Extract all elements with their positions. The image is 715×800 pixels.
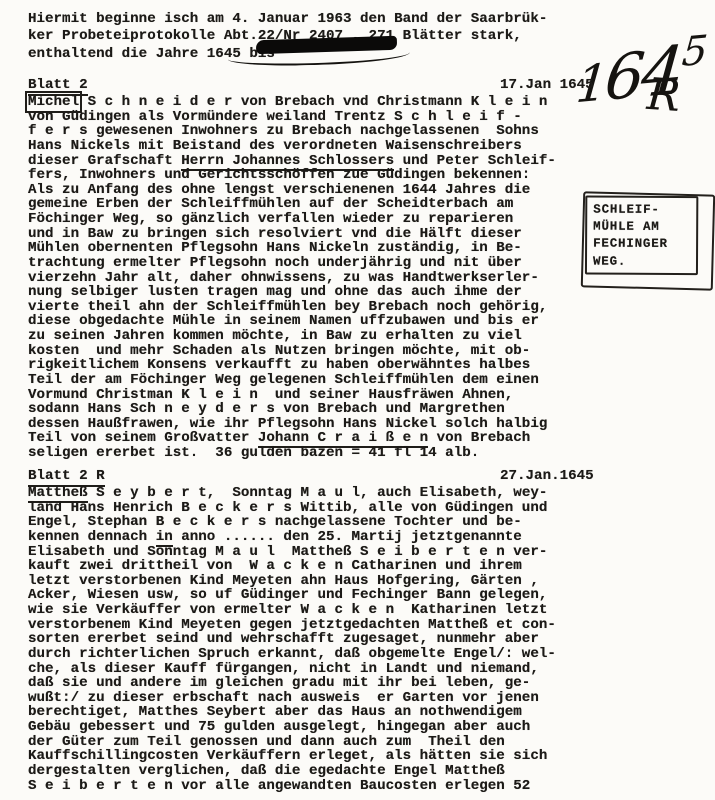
entry2-body: Mattheß S e y b e r t, Sonntag M a u l, … (28, 486, 556, 793)
entry1-date: 17.Jan 1645 (500, 77, 594, 93)
text-line: durch richterlichen Spruch erkannt, daß … (28, 647, 556, 662)
stamp-text: SCHLEIF-MÜHLE AMFECHINGERWEG. (585, 196, 698, 276)
text-line: Hiermit beginne isch am 4. Januar 1963 d… (28, 11, 547, 28)
text-segment: ker Probeteiprotokolle Abt. (28, 28, 258, 44)
entry2-heading-row: Blatt 2 R 27.Jan.1645 (28, 468, 678, 484)
entry2-date: 27.Jan.1645 (500, 468, 594, 484)
text-line: S e i b e r t e n vor alle angewandten B… (28, 779, 556, 794)
text-line: wie sie Verkäuffer von ermelter W a c k … (28, 603, 556, 618)
text-line: seligen ererbet ist. 36 gulden bazen = 4… (28, 446, 556, 461)
text-line: che, als dieser Kauff fürgangen, nicht i… (28, 662, 556, 677)
text-line: dergestalten verglichen, daß die egedach… (28, 764, 556, 779)
entry1-heading-row: Blatt 2 17.Jan 1645 (28, 77, 678, 93)
text-line: vierzehn Jahr alt, daher ohnwissens, zu … (28, 271, 556, 286)
text-line: gemeine Erben der Schleiffmühlen auf der… (28, 197, 556, 212)
text-segment: S e y b e r t, Sonntag M a u l, auch Eli… (88, 485, 548, 501)
text-segment: von Brebach (428, 430, 530, 446)
text-line: daß sie und andere im gleichen gradu mit… (28, 676, 556, 691)
boxed-word: Michel (28, 94, 79, 110)
text-line: Engel, Stephan B e c k e r s nachgelasse… (28, 515, 556, 530)
text-line: sodann Hans Sch n e y d e r s von Brebac… (28, 402, 556, 417)
text-line: trachtung ermelter Pflegsohn noch underj… (28, 256, 556, 271)
text-line: Acker, Wiesen usw, so uf Güdinger und Fe… (28, 588, 556, 603)
text-line: kennen dennach in anno ...... den 25. Ma… (28, 530, 556, 545)
text-line: Vormund Christman K l e i n und seiner H… (28, 388, 556, 403)
text-line: Michel S c h n e i d e r von Brebach vnd… (28, 95, 556, 110)
text-line: nung selbiger lusten tragen mag und ohne… (28, 285, 556, 300)
text-line: rigkeitlichem Konsens verkaufft zu haben… (28, 358, 556, 373)
stamp-box: SCHLEIF-MÜHLE AMFECHINGERWEG. (581, 191, 715, 290)
text-line: dieser Grafschaft Herrn Johannes Schloss… (28, 154, 556, 169)
text-segment: S c h n e i d e r von Brebach vnd Christ… (79, 94, 547, 110)
text-line: Föchinger Weg, so gänzlich verfallen wie… (28, 212, 556, 227)
underline-squiggle (228, 48, 410, 67)
entry1-body: Michel S c h n e i d e r von Brebach vnd… (28, 95, 556, 461)
text-line: fers, Inwohners und Gerichtsschöffen zue… (28, 168, 556, 183)
handwritten-digit: 5 (680, 28, 706, 76)
text-segment: anno ...... den 25. Martij jetztgenannte (173, 529, 522, 545)
text-line: Mattheß S e y b e r t, Sonntag M a u l, … (28, 486, 556, 501)
text-line: FECHINGER (593, 236, 696, 254)
text-line: SCHLEIF- (593, 202, 696, 220)
scanned-document-page: Hiermit beginne isch am 4. Januar 1963 d… (0, 0, 715, 800)
text-line: zu seinen Jahren kommen möchte, in Baw z… (28, 329, 556, 344)
text-line: Kauffschillingcosten Verkäuffern erleget… (28, 749, 556, 764)
text-line: kauft zwei drittheil von W a c k e n Cat… (28, 559, 556, 574)
text-line: sorten ererbet seind und wehrschafft zug… (28, 632, 556, 647)
text-segment: kennen dennach (28, 529, 156, 545)
text-line: Elisabeth und Sonntag M a u l Mattheß S … (28, 545, 556, 560)
text-line: Gebäu gebessert und 75 gulden ausgelegt,… (28, 720, 556, 735)
text-line: Hans Nickels mit Beistand des verordnete… (28, 139, 556, 154)
text-line: diese obgedachte Mühle in seinem Namen u… (28, 314, 556, 329)
text-line: Teil von seinem Großvatter Johann C r a … (28, 431, 556, 446)
text-line: f e r s gewesenen Inwohners zu Brebach n… (28, 124, 556, 139)
text-line: WEG. (593, 253, 696, 271)
text-line: berechtiget, Matthes Seybert aber das Ha… (28, 705, 556, 720)
text-line: Mühlen obernenten Pflegsohn Hans Nickeln… (28, 241, 556, 256)
text-segment: Teil von seinem Großvatter (28, 430, 258, 446)
text-line: Teil der am Föchinger Weg gelegenen Schl… (28, 373, 556, 388)
text-line: MÜHLE AM (593, 219, 696, 237)
